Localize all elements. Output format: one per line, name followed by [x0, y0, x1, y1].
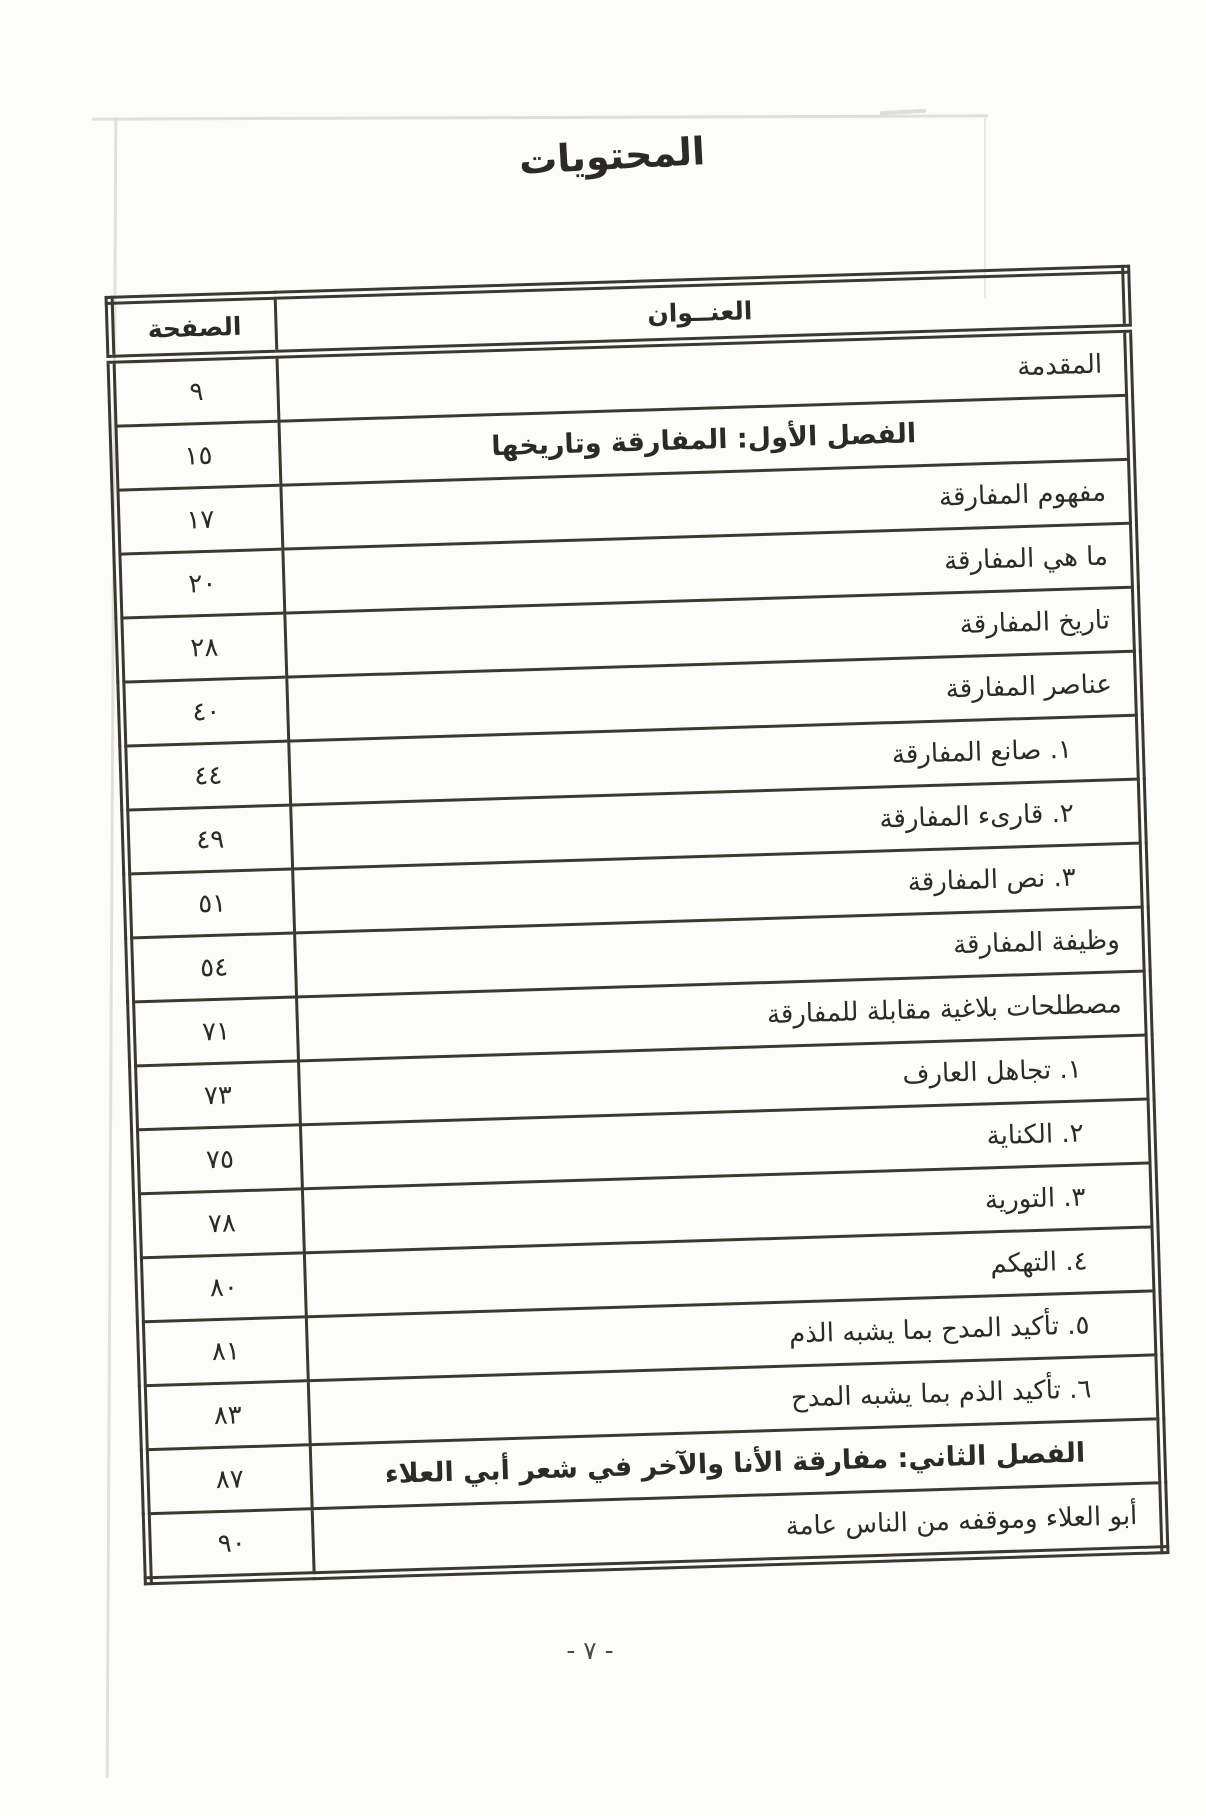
footer-page-number: - ٧ - [470, 1636, 710, 1665]
toc-entry-page-number: ٥٤ [129, 933, 297, 1002]
toc-entry-page-number: ٨٧ [144, 1445, 312, 1514]
scan-edge-top-line [92, 114, 988, 120]
toc-entry-page-number: ٨٣ [142, 1381, 310, 1450]
page-title: المحتويات [461, 126, 763, 186]
toc-header-page: الصفحة [109, 295, 277, 359]
toc-entry-page-number: ٩ [111, 354, 279, 426]
toc-entry-page-number: ١٥ [113, 421, 281, 490]
toc-entry-page-number: ٥١ [127, 869, 295, 938]
toc-entry-page-number: ٧٣ [133, 1061, 301, 1130]
toc-entry-page-number: ١٧ [115, 485, 283, 554]
toc-entry-page-number: ٤٠ [121, 677, 289, 746]
toc-entry-page-number: ٩٠ [146, 1509, 314, 1581]
toc-entry-page-number: ٨١ [140, 1317, 308, 1386]
toc-entry-page-number: ٤٤ [123, 741, 291, 810]
toc-table: العنــوان الصفحة المقدمة٩الفصل الأول: ال… [105, 265, 1170, 1586]
toc-entry-page-number: ٢٨ [119, 613, 287, 682]
toc-table-body: المقدمة٩الفصل الأول: المفارقة وتاريخها١٥… [111, 328, 1165, 1580]
toc-entry-page-number: ٧٨ [136, 1189, 304, 1258]
toc-entry-page-number: ٢٠ [117, 549, 285, 618]
scanned-page: المحتويات العنــوان الصفحة المقدمة٩الفصل… [0, 0, 1206, 1816]
toc-entry-page-number: ٤٩ [125, 805, 293, 874]
toc-entry-page-number: ٨٠ [138, 1253, 306, 1322]
toc-entry-page-number: ٧٥ [135, 1125, 303, 1194]
toc-entry-page-number: ٧١ [131, 997, 299, 1066]
toc-table-wrapper: العنــوان الصفحة المقدمة٩الفصل الأول: ال… [105, 265, 1170, 1586]
